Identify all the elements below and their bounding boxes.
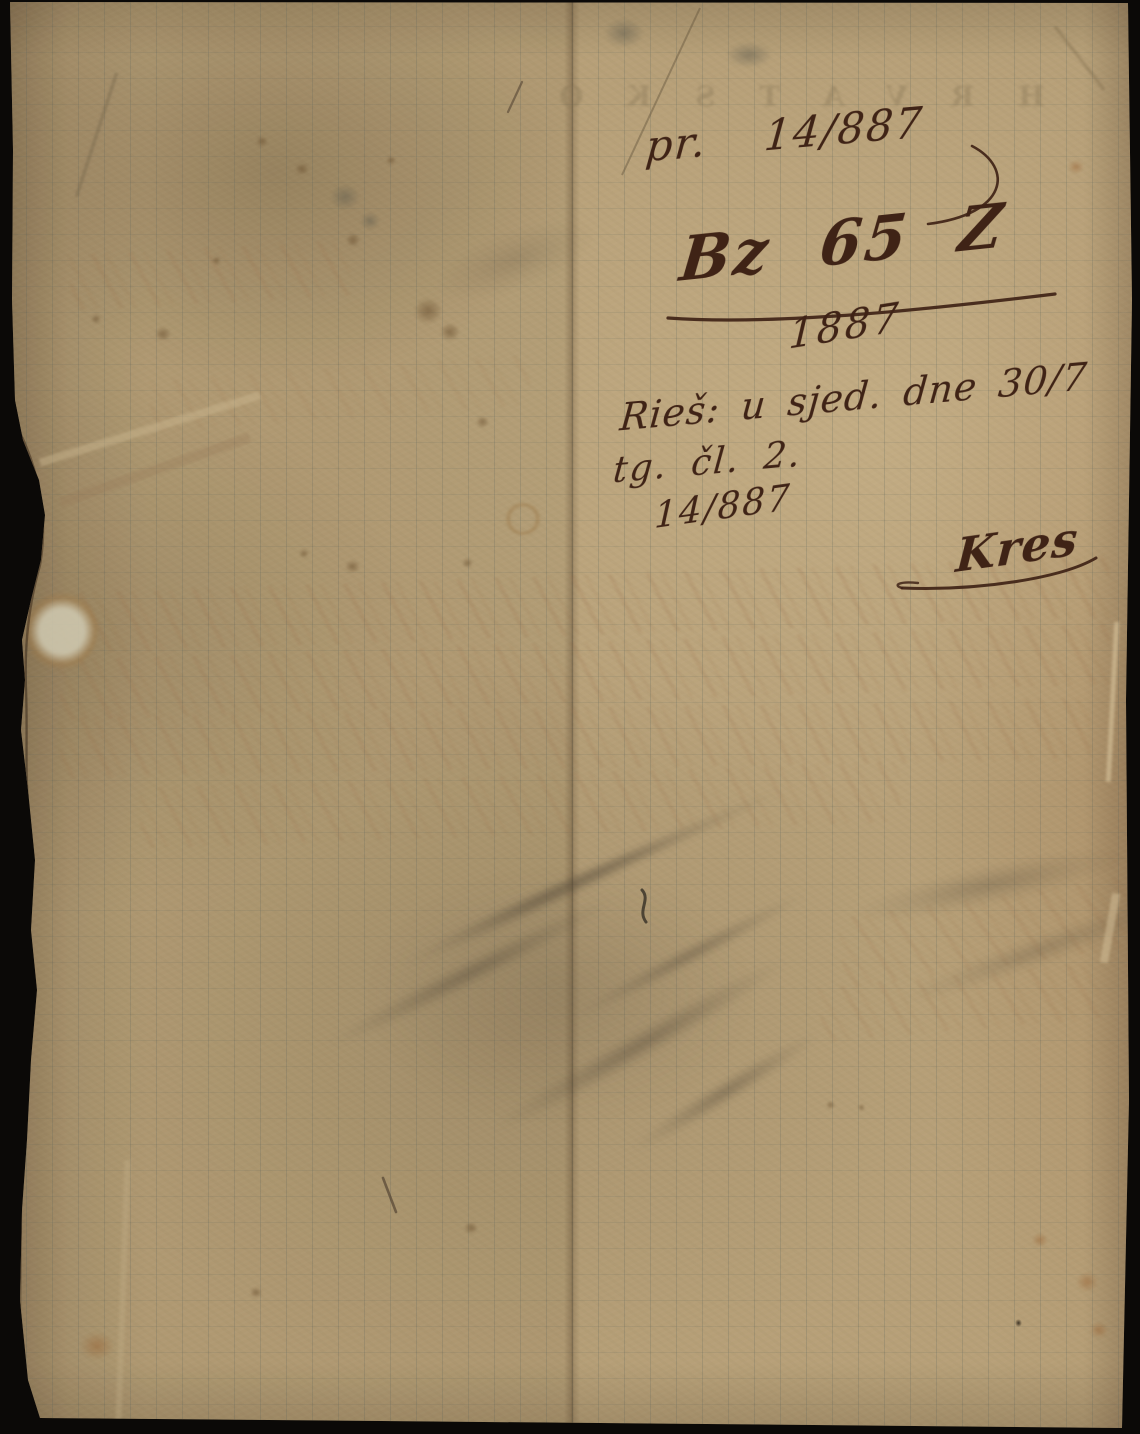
stain-spot <box>212 256 221 265</box>
stain-spot <box>295 163 309 175</box>
stain-spot <box>345 560 360 573</box>
stain-spot <box>386 156 396 165</box>
stain-spot <box>360 212 380 230</box>
stain-spot <box>604 18 644 48</box>
stain-spot <box>1090 1322 1108 1338</box>
stain-spot <box>330 184 360 210</box>
ring-stain <box>505 503 541 535</box>
stain-spot <box>299 549 309 558</box>
stain-spot <box>826 1101 835 1109</box>
document-page: HRVATSKO <box>0 0 1140 1434</box>
stain-spot <box>476 416 489 428</box>
stain-spot <box>250 1287 262 1298</box>
stain-spot <box>464 1222 478 1234</box>
stain-spot <box>256 136 268 147</box>
stain-spot <box>858 1104 865 1111</box>
stain-spot <box>726 42 772 68</box>
stain-spot <box>346 233 360 247</box>
smudge-region <box>290 820 830 1170</box>
stain-spot <box>80 1332 114 1360</box>
stain-spot <box>462 558 473 568</box>
stain-spot <box>1032 1233 1048 1247</box>
stain-spot <box>91 314 101 324</box>
white-stain <box>26 592 98 670</box>
worm-hole <box>1015 1319 1022 1327</box>
stain-spot <box>440 323 460 341</box>
stain-spot <box>155 327 171 341</box>
stain-spot <box>414 298 442 324</box>
stain-spot <box>1068 160 1084 174</box>
stain-spot <box>1076 1272 1098 1292</box>
scan-background: HRVATSKO <box>0 0 1140 1434</box>
